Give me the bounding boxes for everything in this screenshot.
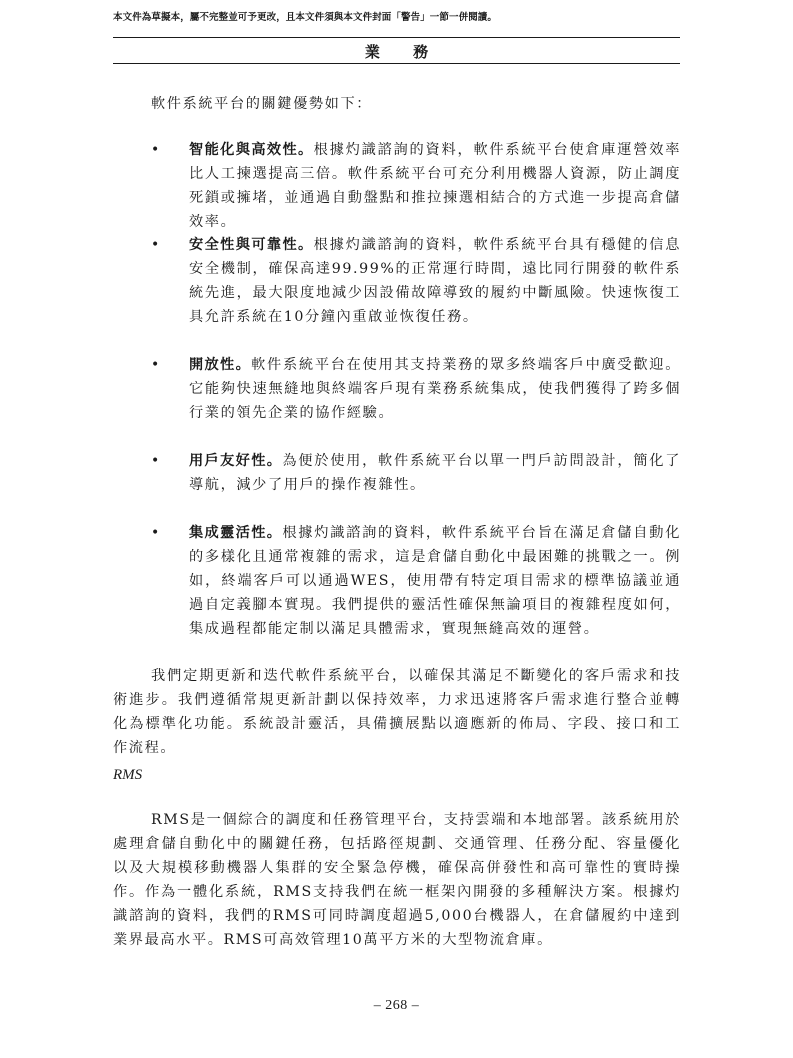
- bullet-lead: 開放性。: [189, 357, 251, 373]
- bullet-icon: •: [151, 449, 159, 473]
- intro-text: 軟件系統平台的關鍵優勢如下：: [151, 92, 681, 116]
- bullet-lead: 智能化與高效性。: [189, 142, 314, 158]
- bullet-icon: •: [151, 138, 159, 162]
- bullet-icon: •: [151, 353, 159, 377]
- bullet-body: 安全性與可靠性。根據灼識諮詢的資料，軟件系統平台具有穩健的信息安全機制，確保高達…: [189, 233, 681, 329]
- bullet-text: 根據灼識諮詢的資料，軟件系統平台旨在滿足倉儲自動化的多樣化且通常複雜的需求，這是…: [189, 525, 681, 637]
- bullet-lead: 安全性與可靠性。: [189, 237, 314, 253]
- header-rule-bottom: [113, 63, 680, 64]
- draft-notice: 本文件為草擬本，屬不完整並可予更改，且本文件須與本文件封面「警告」一節一併閱讀。: [113, 9, 497, 23]
- bullet-text: 軟件系統平台在使用其支持業務的眾多終端客戶中廣受歡迎。它能夠快速無縫地與終端客戶…: [189, 357, 681, 421]
- bullet-body: 用戶友好性。為便於使用，軟件系統平台以單一門戶訪問設計，簡化了導航，減少了用戶的…: [189, 449, 681, 497]
- page-number: – 268 –: [0, 998, 793, 1014]
- bullet-body: 集成靈活性。根據灼識諮詢的資料，軟件系統平台旨在滿足倉儲自動化的多樣化且通常複雜…: [189, 521, 681, 641]
- rms-paragraph: RMS是一個綜合的調度和任務管理平台，支持雲端和本地部署。該系統用於處理倉儲自動…: [113, 808, 681, 952]
- bullet-icon: •: [151, 521, 159, 545]
- update-paragraph: 我們定期更新和迭代軟件系統平台，以確保其滿足不斷變化的客戶需求和技術進步。我們遵…: [113, 664, 681, 760]
- bullet-icon: •: [151, 233, 159, 257]
- section-title: 業 務: [113, 41, 680, 62]
- bullet-body: 開放性。軟件系統平台在使用其支持業務的眾多終端客戶中廣受歡迎。它能夠快速無縫地與…: [189, 353, 681, 425]
- document-page: 本文件為草擬本，屬不完整並可予更改，且本文件須與本文件封面「警告」一節一併閱讀。…: [0, 0, 793, 1058]
- bullet-body: 智能化與高效性。根據灼識諮詢的資料，軟件系統平台使倉庫運營效率比人工揀選提高三倍…: [189, 138, 681, 234]
- bullet-lead: 用戶友好性。: [189, 453, 282, 469]
- bullet-lead: 集成靈活性。: [189, 525, 282, 541]
- header-rule-top: [113, 37, 680, 38]
- rms-subheading: RMS: [113, 764, 142, 786]
